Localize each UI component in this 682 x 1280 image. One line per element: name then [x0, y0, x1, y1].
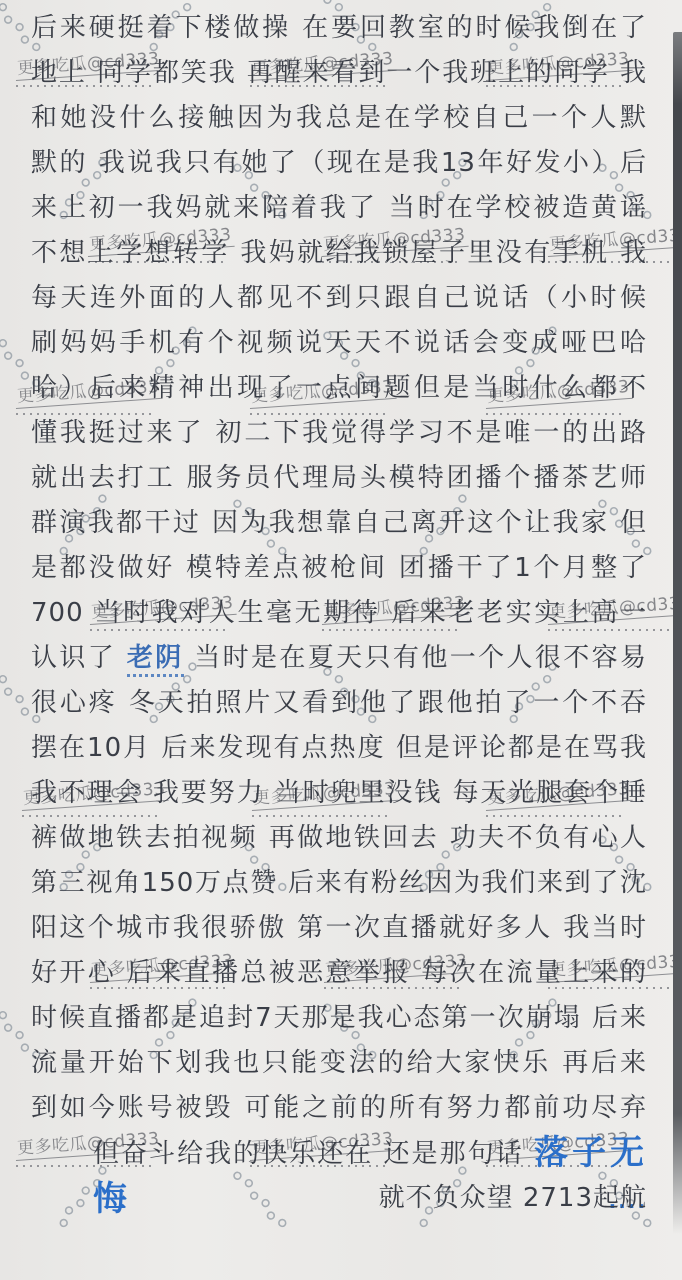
text-segment: 地上 同学都笑我 再醒来看到一个我班上的同学 我	[31, 58, 647, 88]
text-line: 就出去打工 服务员代理局头模特团播个播茶艺师	[31, 456, 647, 501]
text-line: 群演我都干过 因为我想靠自己离开这个让我家 但	[31, 501, 647, 546]
text-segment: 就不负众望 2713起航	[379, 1183, 647, 1213]
text-segment: 很心疼 冬天拍照片又看到他了跟他拍了一个不吞	[31, 688, 647, 718]
text-segment: 好开心 后来直播总被恶意举报 每次在流量上来的	[31, 958, 647, 988]
text-line: 地上 同学都笑我 再醒来看到一个我班上的同学 我	[31, 51, 647, 96]
text-line: 700 当时我对人生毫无期待 后来老老实实上高一	[31, 591, 647, 636]
text-segment: 摆在10月 后来发现有点热度 但是评论都是在骂我	[31, 733, 647, 763]
text-segment: 和她没什么接触因为我总是在学校自己一个人默	[31, 103, 647, 133]
text-line: 摆在10月 后来发现有点热度 但是评论都是在骂我	[31, 726, 647, 771]
text-segment: 哈）后来精神出现了一点问题但是当时什么都不	[31, 373, 647, 403]
text-line: 好开心 后来直播总被恶意举报 每次在流量上来的	[31, 951, 647, 996]
text-line: 哈）后来精神出现了一点问题但是当时什么都不	[31, 366, 647, 411]
text-line: 流量开始下划我也只能变法的给大家快乐 再后来	[31, 1041, 647, 1086]
text-segment: 懂我挺过来了 初二下我觉得学习不是唯一的出路	[31, 418, 647, 448]
text-segment: 群演我都干过 因为我想靠自己离开这个让我家 但	[31, 508, 647, 538]
highlighted-text-segment: 老阴	[127, 643, 184, 677]
text-line: 每天连外面的人都见不到只跟自己说话（小时候	[31, 276, 647, 321]
text-line: 很心疼 冬天拍照片又看到他了跟他拍了一个不吞	[31, 681, 647, 726]
text-line: 但奋斗给我的快乐还在 还是那句话 落子无悔....	[93, 1131, 647, 1176]
text-line: 后来硬挺着下楼做操 在要回教室的时候我倒在了	[31, 6, 647, 51]
text-segment: 第三视角150万点赞 后来有粉丝因为我们来到了沈	[31, 868, 647, 898]
story-text: 后来硬挺着下楼做操 在要回教室的时候我倒在了地上 同学都笑我 再醒来看到一个我班…	[31, 6, 647, 1221]
text-segment: 来上初一我妈就来陪着我了 当时在学校被造黄谣	[31, 193, 647, 223]
text-segment: 700 当时我对人生毫无期待 后来老老实实上高一	[31, 598, 647, 628]
text-segment: 时候直播都是追封7天那是我心态第一次崩塌 后来	[31, 1003, 647, 1033]
text-segment: 到如今账号被毁 可能之前的所有努力都前功尽弃	[31, 1093, 647, 1123]
text-segment: 认识了	[31, 643, 127, 673]
text-line: 来上初一我妈就来陪着我了 当时在学校被造黄谣	[31, 186, 647, 231]
text-segment: 裤做地铁去拍视频 再做地铁回去 功夫不负有心人	[31, 823, 647, 853]
text-segment: 刷妈妈手机有个视频说天天不说话会变成哑巴哈	[31, 328, 647, 358]
text-segment: 后来硬挺着下楼做操 在要回教室的时候我倒在了	[31, 13, 647, 43]
screen-edge-shadow	[673, 32, 682, 1234]
text-line: 阳这个城市我很骄傲 第一次直播就好多人 我当时	[31, 906, 647, 951]
text-segment: 就出去打工 服务员代理局头模特团播个播茶艺师	[31, 463, 647, 493]
text-line: 裤做地铁去拍视频 再做地铁回去 功夫不负有心人	[31, 816, 647, 861]
text-line: 是都没做好 模特差点被枪间 团播干了1个月整了	[31, 546, 647, 591]
text-line: 刷妈妈手机有个视频说天天不说话会变成哑巴哈	[31, 321, 647, 366]
text-line: 不想上学想转学 我妈就给我锁屋子里没有手机 我	[31, 231, 647, 276]
text-segment: 不想上学想转学 我妈就给我锁屋子里没有手机 我	[31, 238, 647, 268]
text-line: 懂我挺过来了 初二下我觉得学习不是唯一的出路	[31, 411, 647, 456]
text-line: 第三视角150万点赞 后来有粉丝因为我们来到了沈	[31, 861, 647, 906]
text-line: 我不理会 我要努力 当时兜里没钱 每天光腿套个睡	[31, 771, 647, 816]
text-segment: 阳这个城市我很骄傲 第一次直播就好多人 我当时	[31, 913, 647, 943]
gossip-note-page: 更多吃瓜@cd333更多吃瓜@cd333更多吃瓜@cd333更多吃瓜@cd333…	[0, 0, 682, 1280]
text-segment: 每天连外面的人都见不到只跟自己说话（小时候	[31, 283, 647, 313]
text-line: 和她没什么接触因为我总是在学校自己一个人默	[31, 96, 647, 141]
text-segment: 当时是在夏天只有他一个人很不容易	[184, 643, 647, 673]
text-line: 到如今账号被毁 可能之前的所有努力都前功尽弃	[31, 1086, 647, 1131]
text-segment: 我不理会 我要努力 当时兜里没钱 每天光腿套个睡	[31, 778, 647, 808]
text-segment: 是都没做好 模特差点被枪间 团播干了1个月整了	[31, 553, 647, 583]
text-segment: 流量开始下划我也只能变法的给大家快乐 再后来	[31, 1048, 647, 1078]
text-segment: 默的 我说我只有她了（现在是我13年好发小）后	[31, 148, 647, 178]
text-segment: 但奋斗给我的快乐还在 还是那句话	[93, 1139, 534, 1169]
text-line: 认识了 老阴 当时是在夏天只有他一个人很不容易	[31, 636, 647, 681]
text-line: 时候直播都是追封7天那是我心态第一次崩塌 后来	[31, 996, 647, 1041]
text-line: 默的 我说我只有她了（现在是我13年好发小）后	[31, 141, 647, 186]
